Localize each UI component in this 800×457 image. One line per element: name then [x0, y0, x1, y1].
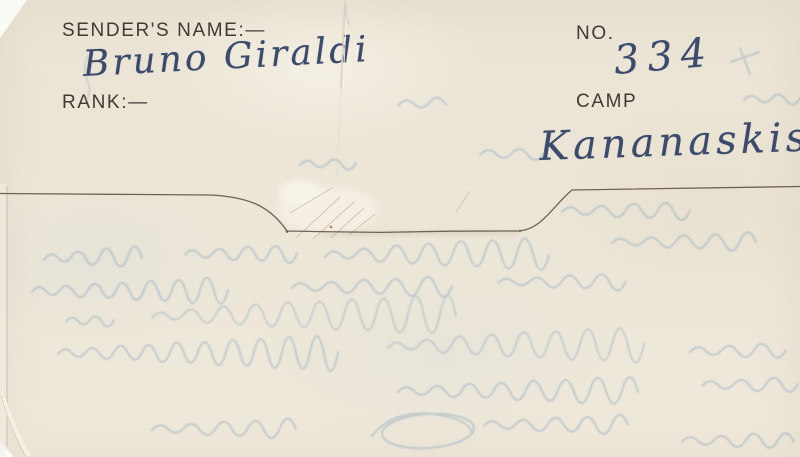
scanned-envelope: SENDER'S NAME:— RANK:— NO. CAMP Bruno Gi… — [0, 0, 800, 457]
field-label-rank: RANK:— — [62, 92, 149, 114]
field-label-no: NO. — [576, 23, 615, 45]
handwritten-camp-number: 334 — [612, 29, 716, 84]
field-label-camp: CAMP — [576, 91, 637, 113]
handwritten-camp-name: Kananaskis — [538, 115, 800, 170]
